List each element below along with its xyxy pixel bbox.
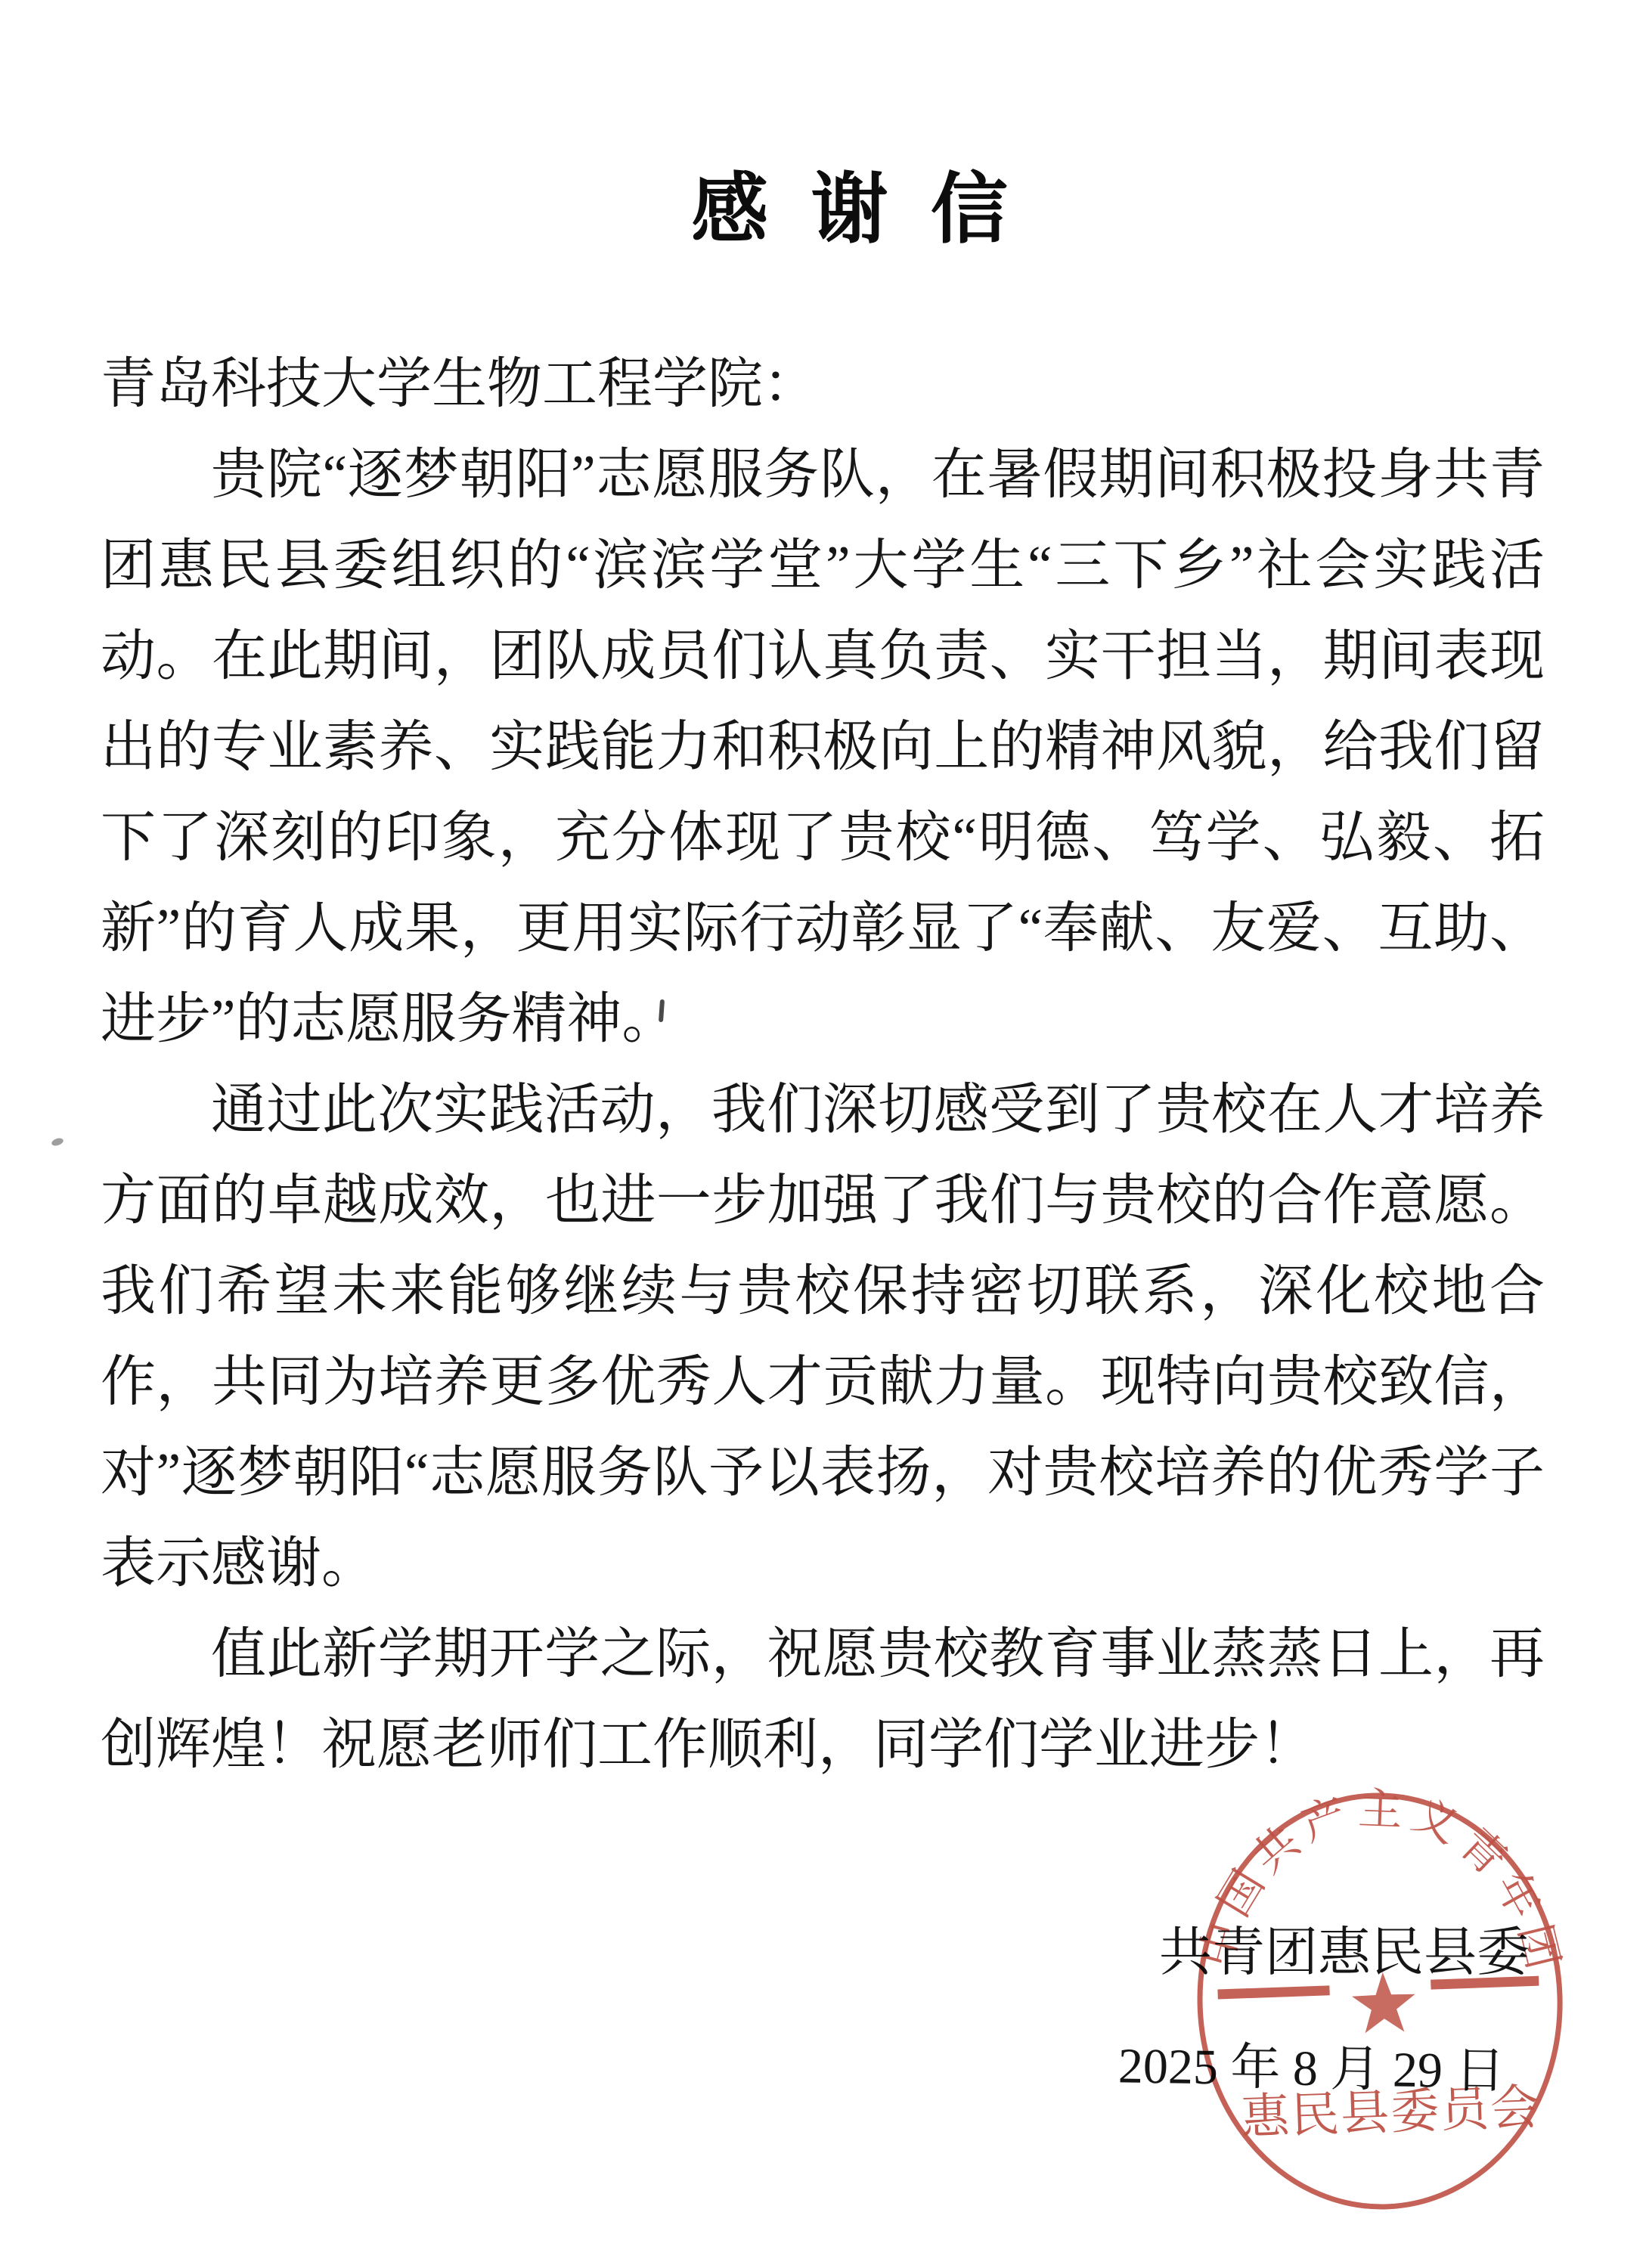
letter-page: 感 谢 信 青岛科技大学生物工程学院： 贵院“逐梦朝阳”志愿服务队，在暑假期间积… bbox=[0, 0, 1646, 2268]
seal-right-bar bbox=[1431, 1976, 1539, 1990]
seal-star-icon bbox=[1351, 1971, 1416, 2033]
seal-bottom-text: 惠民县委员会 bbox=[1240, 2080, 1541, 2145]
seal-left-bar bbox=[1217, 1985, 1329, 1999]
official-seal: 中国共产主义青年团 惠民县委员会 bbox=[1179, 1777, 1580, 2221]
paragraph-2: 通过此次实践活动，我们深切感受到了贵校在人才培养方面的卓越成效，也进一步加强了我… bbox=[101, 1064, 1545, 1609]
paragraph-3: 值此新学期开学之际，祝愿贵校教育事业蒸蒸日上，再创辉煌！祝愿老师们工作顺利，同学… bbox=[101, 1609, 1545, 1790]
letter-title: 感 谢 信 bbox=[0, 148, 1646, 259]
scan-mark-dot bbox=[51, 1137, 64, 1148]
salutation: 青岛科技大学生物工程学院： bbox=[101, 339, 1545, 429]
letter-body: 青岛科技大学生物工程学院： 贵院“逐梦朝阳”志愿服务队，在暑假期间积极投身共青团… bbox=[101, 339, 1545, 1790]
paragraph-1: 贵院“逐梦朝阳”志愿服务队，在暑假期间积极投身共青团惠民县委组织的“滨滨学堂”大… bbox=[101, 429, 1545, 1064]
seal-arc-text: 中国共产主义青年团 bbox=[1185, 1777, 1570, 1992]
